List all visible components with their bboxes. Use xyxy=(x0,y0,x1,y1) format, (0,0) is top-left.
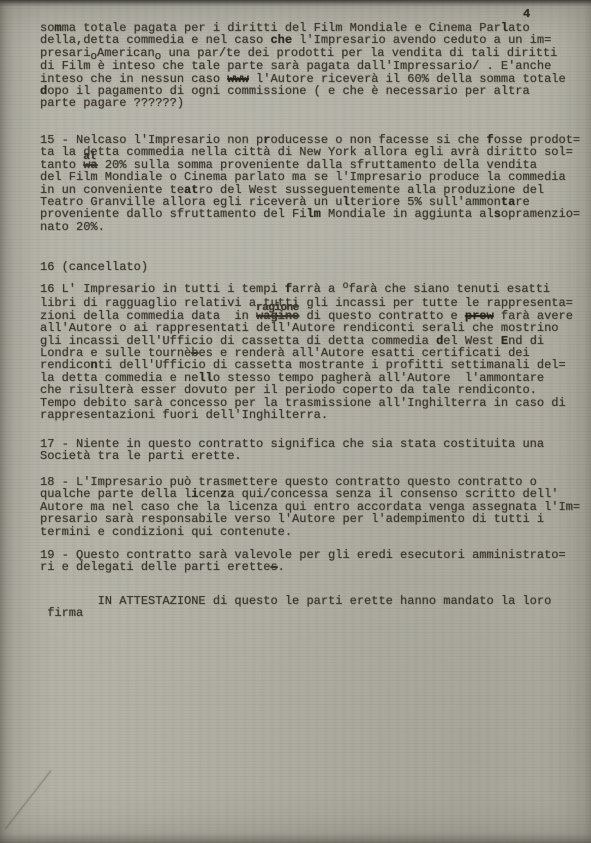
typed-correction: waal xyxy=(83,159,97,171)
text-line: parte pagare ??????) xyxy=(40,97,566,109)
text-line: qualche parte della licenza qui/concessa… xyxy=(40,488,580,500)
clause-16: 16 L' Impresario in tutti i tempi farrà … xyxy=(40,283,573,421)
text-line: presario sarà responsabile verso l'Autor… xyxy=(40,513,580,525)
text-line: Società tra le parti erette. xyxy=(40,450,544,462)
clause-16-cancelled: 16 (cancellato) xyxy=(40,261,148,273)
text-line: che risulterà esser dovuto per il period… xyxy=(40,384,573,396)
text-line: rappresentazioni fuori dell'Inghilterra. xyxy=(40,409,573,421)
text-line: 16 (cancellato) xyxy=(40,261,148,273)
clause-17: 17 - Niente in questo contratto signific… xyxy=(40,438,544,463)
clause-18: 18 - L'Impresario può trasmettere questo… xyxy=(40,476,580,538)
text-line: firma xyxy=(40,607,551,619)
attestation: IN ATTESTAZIONE di questo le parti erett… xyxy=(40,595,551,620)
clause-15: 15 - Nelcaso l'Impresario non producesse… xyxy=(40,134,580,233)
text-line: ri e delegati delle parti erettes. xyxy=(40,561,566,573)
typed-correction: wagineragione xyxy=(256,310,299,322)
clause-19: 19 - Questo contratto sarà valevole per … xyxy=(40,549,566,574)
document-page: 4somma totale pagata per i diritti del F… xyxy=(0,0,591,843)
text-line: 4 xyxy=(523,8,530,20)
paragraph-intro: somma totale pagata per i diritti del Fi… xyxy=(40,22,566,110)
text-line: termini e condizioni qui contenute. xyxy=(40,526,580,538)
text-line: nato 20%. xyxy=(40,221,580,233)
text-line: proveniente dallo sfruttamento del Film … xyxy=(40,208,580,220)
text-line: IN ATTESTAZIONE di questo le parti erett… xyxy=(40,595,551,607)
page-content: 4somma totale pagata per i diritti del F… xyxy=(0,0,591,843)
page-number: 4 xyxy=(523,8,530,20)
